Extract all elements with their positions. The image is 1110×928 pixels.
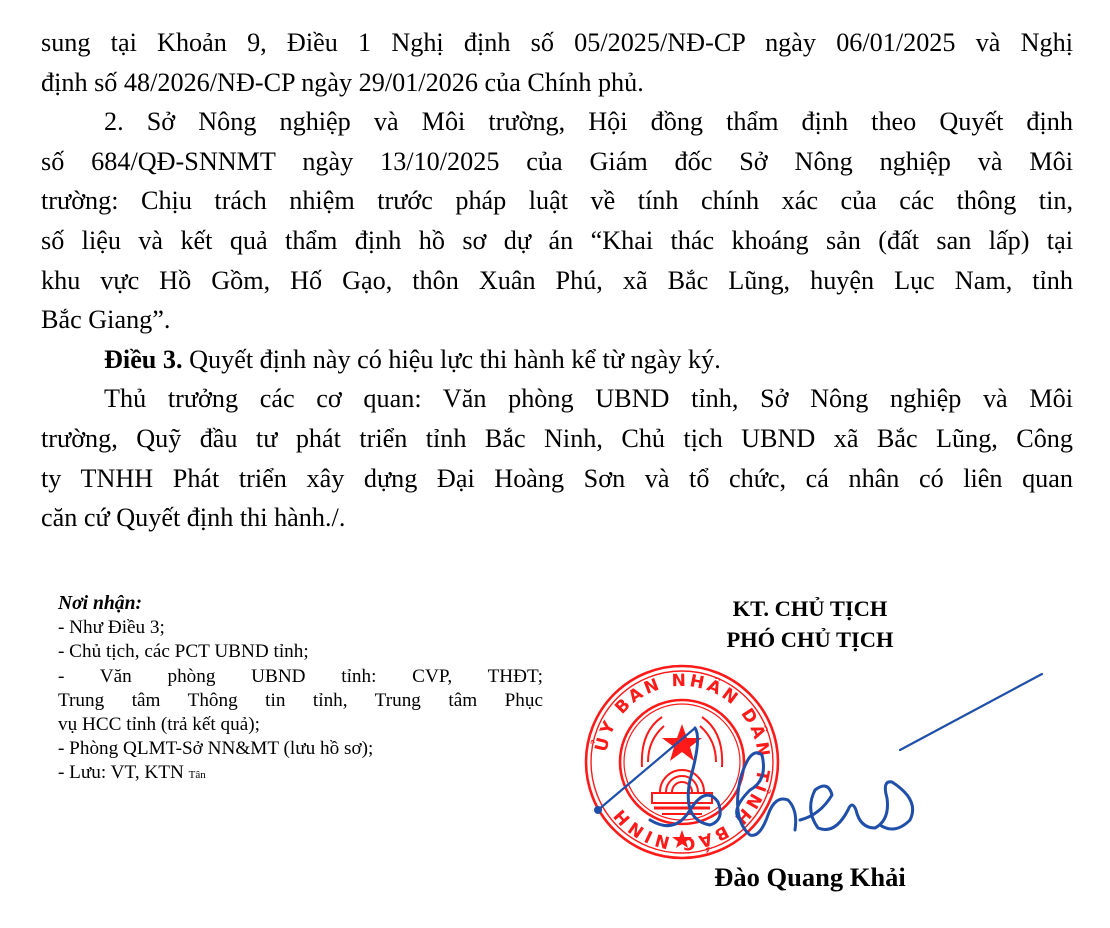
- paragraph-2-line-3: trường: Chịu trách nhiệm trước pháp luật…: [41, 181, 1073, 221]
- recipients-title: Nơi nhận:: [58, 592, 543, 616]
- article-3: Điều 3. Quyết định này có hiệu lực thi h…: [41, 340, 1073, 380]
- article-3-label: Điều 3.: [104, 345, 183, 374]
- paragraph-2-line-4: số liệu và kết quả thẩm định hồ sơ dự án…: [41, 221, 1073, 261]
- paragraph-1-line-1: sung tại Khoản 9, Điều 1 Nghị định số 05…: [41, 23, 1073, 63]
- recipient-item: - Chủ tịch, các PCT UBND tỉnh;: [58, 640, 543, 664]
- document-page: sung tại Khoản 9, Điều 1 Nghị định số 05…: [0, 0, 1110, 928]
- handwritten-signature-icon: [590, 670, 1050, 870]
- article-3-text: Quyết định này có hiệu lực thi hành kể t…: [183, 345, 721, 374]
- paragraph-4-line-2: trường, Quỹ đầu tư phát triển tỉnh Bắc N…: [41, 419, 1073, 459]
- paragraph-2-line-5: khu vực Hồ Gồm, Hố Gạo, thôn Xuân Phú, x…: [41, 261, 1073, 301]
- paragraph-4-line-3: ty TNHH Phát triển xây dựng Đại Hoàng Sơ…: [41, 459, 1073, 499]
- recipient-item: - Văn phòng UBND tỉnh: CVP, THĐT;: [58, 665, 543, 689]
- paragraph-2-line-1: 2. Sở Nông nghiệp và Môi trường, Hội đồn…: [41, 102, 1073, 142]
- signing-authority-line-2: PHÓ CHỦ TỊCH: [660, 624, 960, 655]
- paragraph-2-line-2: số 684/QĐ-SNNMT ngày 13/10/2025 của Giám…: [41, 142, 1073, 182]
- archive-text: - Lưu: VT, KTN: [58, 762, 184, 783]
- paragraph-2-line-6: Bắc Giang”.: [41, 300, 1073, 340]
- recipient-item: vụ HCC tỉnh (trả kết quả);: [58, 713, 543, 737]
- signing-authority: KT. CHỦ TỊCH PHÓ CHỦ TỊCH: [660, 593, 960, 655]
- paragraph-4-line-4: căn cứ Quyết định thi hành./.: [41, 498, 1073, 538]
- recipient-item: - Phòng QLMT-Sở NN&MT (lưu hồ sơ);: [58, 737, 543, 761]
- recipient-item: - Như Điều 3;: [58, 616, 543, 640]
- paragraph-1-line-2: định số 48/2026/NĐ-CP ngày 29/01/2026 củ…: [41, 63, 1073, 103]
- decision-body: sung tại Khoản 9, Điều 1 Nghị định số 05…: [41, 23, 1073, 538]
- drafter-initial: Tân: [189, 769, 206, 781]
- recipient-item: Trung tâm Thông tin tỉnh, Trung tâm Phục: [58, 689, 543, 713]
- recipients-block: Nơi nhận: - Như Điều 3; - Chủ tịch, các …: [58, 592, 543, 788]
- signing-authority-line-1: KT. CHỦ TỊCH: [660, 593, 960, 624]
- signer-name: Đào Quang Khải: [660, 862, 960, 893]
- recipient-item-archive: - Lưu: VT, KTN Tân: [58, 761, 543, 787]
- paragraph-4-line-1: Thủ trưởng các cơ quan: Văn phòng UBND t…: [41, 379, 1073, 419]
